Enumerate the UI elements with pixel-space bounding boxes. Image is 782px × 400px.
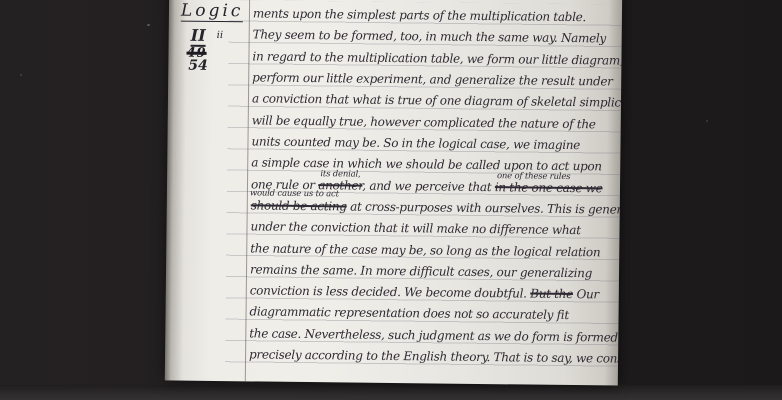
struck-words: But the (530, 287, 573, 301)
manuscript-line-11: under the conviction that it will make n… (250, 218, 580, 239)
manuscript-line-6: will be equally true, however complicate… (252, 112, 596, 133)
manuscript-line-13: remains the same. In more difficult case… (250, 261, 592, 282)
manuscript-page: Logic II ii 49 54 ments upon the simples… (165, 0, 622, 386)
manuscript-line-15: diagrammatic representation does not so … (249, 303, 569, 324)
manuscript-line-17: precisely according to the English theor… (249, 346, 622, 368)
struck-phrase: one of these rulesin the one case we (495, 180, 603, 195)
manuscript-line-2: They seem to be formed, too, in much the… (253, 26, 606, 47)
dust-speck (706, 120, 708, 122)
manuscript-line-16: the case. Nevertheless, such judgment as… (249, 325, 618, 346)
manuscript-line-4: perform our little experiment, and gener… (252, 69, 613, 90)
manuscript-line-7: units counted may be. So in the logical … (251, 133, 580, 154)
manuscript-line-10: should be acting at cross-purposes with … (251, 197, 623, 219)
interline-insertion: its denial, (320, 170, 360, 179)
volume-numeral: II (191, 26, 206, 47)
manuscript-line-3: in regard to the multiplication table, w… (252, 48, 622, 69)
manuscript-line-12: the nature of the case may be, so long a… (250, 240, 600, 261)
interline-insertion: one of these rules (497, 172, 570, 182)
dust-speck (20, 74, 22, 76)
manuscript-line-1: ments upon the simplest parts of the mul… (253, 5, 586, 26)
section-numeral: ii (217, 30, 224, 41)
notebook-title: Logic (181, 1, 244, 23)
manuscript-line-14: conviction is less decided. We become do… (250, 282, 599, 303)
manuscript-line-5: a conviction that what is true of one di… (252, 90, 622, 111)
handwritten-text-column: ments upon the simplest parts of the mul… (246, 0, 622, 386)
dust-speck (147, 24, 150, 26)
page-number: 54 (188, 58, 208, 74)
struck-phrase: should be acting (251, 198, 347, 213)
scanner-bed-edge (0, 385, 782, 400)
